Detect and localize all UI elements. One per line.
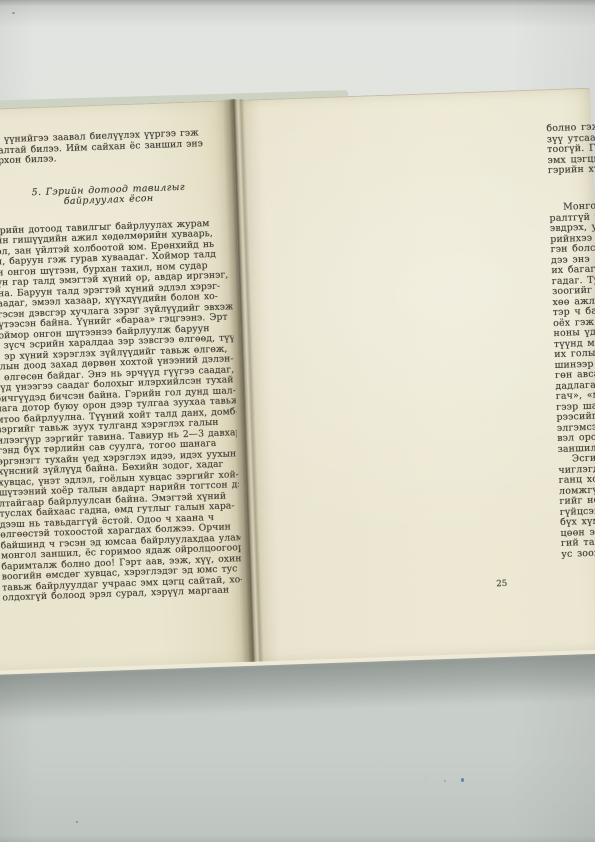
left-body-text: гэрийн дотоод тавилгыг байрлуулах журам …: [0, 218, 243, 604]
dust-speck: [76, 821, 78, 823]
page-number: 25: [467, 579, 507, 590]
right-paragraph-sewing: Монголчуудын гэр нь жилийн дөрвөн улирал…: [549, 192, 595, 455]
right-section-heading: 6. Гэрээ оёх, эсгий хийх ёсон: [548, 174, 595, 196]
right-page: болно гэж огт байдаггүй байсан билээ. Тэ…: [232, 88, 595, 662]
blue-ink-speck: [425, 778, 427, 780]
right-page-text-column: болно гэж огт байдаггүй байсан билээ. Тэ…: [546, 113, 595, 634]
dust-speck: [12, 12, 15, 14]
left-page: аг, үүнийгээ заавал биелүүлэх үүргээ гэж…: [0, 100, 252, 672]
book-spread: аг, үүнийгээ заавал биелүүлэх үүргээ гэж…: [0, 88, 595, 672]
right-paragraph-continuation: болно гэж огт байдаггүй байсан билээ. Тэ…: [546, 113, 595, 177]
blue-ink-speck: [444, 780, 446, 782]
scanned-book-photo: аг, үүнийгээ заавал биелүүлэх үүргээ гэж…: [0, 0, 595, 842]
left-section-heading: 5. Гэрийн дотоод тавилгыг байрлуулах ёсо…: [0, 181, 229, 210]
left-paragraph-partial: аг, үүнийгээ заавал биелүүлэх үүргээ гэж…: [0, 127, 227, 167]
blue-ink-speck: [461, 778, 464, 782]
left-page-text-column: аг, үүнийгээ заавал биелүүлэх үүргээ гэж…: [0, 127, 244, 635]
right-paragraph-felt: Эсгий хийх явдал бол өргөө гэрээ сэлбэх …: [558, 444, 595, 560]
